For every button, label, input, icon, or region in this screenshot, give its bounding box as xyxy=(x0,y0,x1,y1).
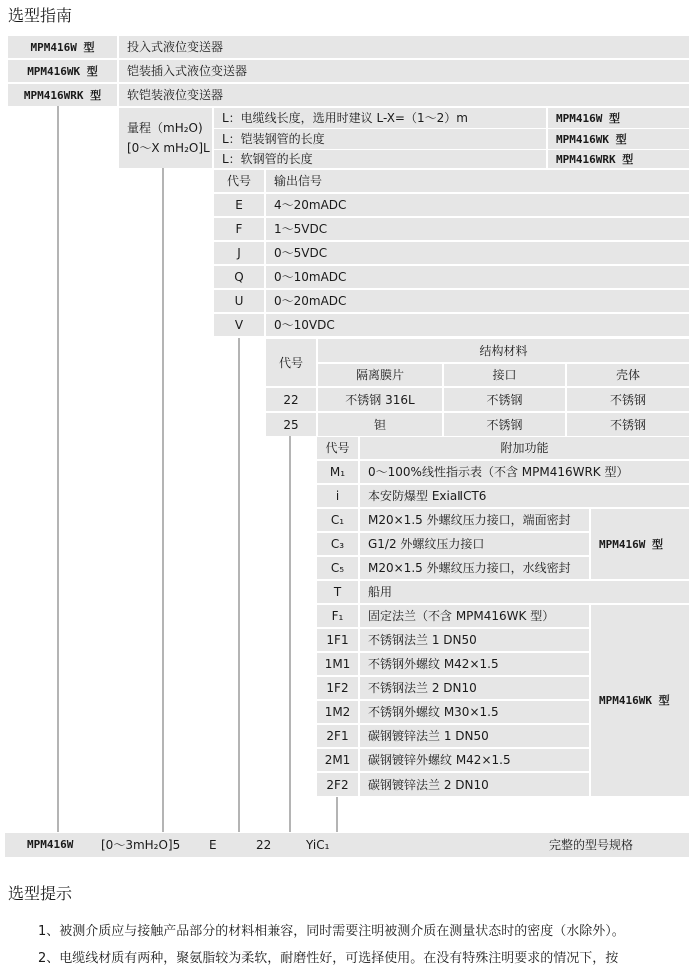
length-desc-cell: L：电缆线长度，选用时建议 L-X=（1～2）m xyxy=(214,108,546,128)
output-value-cell: 0～5VDC xyxy=(266,242,689,264)
addon-desc-cell: M20×1.5 外螺纹压力接口，水线密封 xyxy=(360,557,589,579)
addon-code-cell: C₁ xyxy=(317,509,358,531)
output-value-cell: 0～20mADC xyxy=(266,290,689,312)
addon-desc-cell: 不锈钢外螺纹 M30×1.5 xyxy=(360,701,589,723)
range-label-line1: 量程（mH₂O) xyxy=(127,122,203,134)
material-header-group: 结构材料 xyxy=(318,339,689,362)
addon-code-cell: C₅ xyxy=(317,557,358,579)
model-code-cell: MPM416W 型 xyxy=(8,36,117,58)
addon-code-cell: 2F1 xyxy=(317,725,358,747)
addon-desc-cell: 碳钢镀锌法兰 1 DN50 xyxy=(360,725,589,747)
addon-desc-cell: G1/2 外螺纹压力接口 xyxy=(360,533,589,555)
connector-line-material xyxy=(289,436,291,832)
addon-code-cell: C₃ xyxy=(317,533,358,555)
material-cell: 不锈钢 xyxy=(444,413,565,436)
tip-item: 2、电缆线材质有两种，聚氨脂较为柔软，耐磨性好，可选择使用。在没有特殊注明要求的… xyxy=(38,947,618,966)
addon-code-cell: 1F2 xyxy=(317,677,358,699)
range-label-line2: [0～X mH₂O]L xyxy=(127,142,210,154)
output-code-cell: V xyxy=(214,314,264,336)
addon-code-cell: F₁ xyxy=(317,605,358,627)
output-header-label: 输出信号 xyxy=(266,170,689,192)
output-value-cell: 1～5VDC xyxy=(266,218,689,240)
addon-code-cell: 1M2 xyxy=(317,701,358,723)
addon-desc-cell: 船用 xyxy=(360,581,689,603)
addon-group-wk: MPM416WK 型 xyxy=(591,605,689,796)
connector-line-addon xyxy=(336,797,338,832)
length-desc-cell: L：软钢管的长度 xyxy=(214,150,546,168)
output-value-cell: 0～10mADC xyxy=(266,266,689,288)
addon-desc-cell: 0～100%线性指示表（不含 MPM416WRK 型） xyxy=(360,461,689,483)
range-label-cell: 量程（mH₂O) [0～X mH₂O]L xyxy=(119,108,212,168)
material-cell: 不锈钢 xyxy=(567,413,689,436)
section-title-selection-tips: 选型提示 xyxy=(8,881,72,904)
model-desc-cell: 投入式液位变送器 xyxy=(119,36,689,58)
length-model-cell: MPM416WK 型 xyxy=(548,129,689,149)
example-part-output: E xyxy=(209,839,217,851)
addon-code-cell: 2F2 xyxy=(317,773,358,796)
output-code-cell: F xyxy=(214,218,264,240)
tip-item: 1、被测介质应与接触产品部分的材料相兼容，同时需要注明被测介质在测量状态时的密度… xyxy=(38,920,625,939)
addon-header-label: 附加功能 xyxy=(360,437,689,459)
addon-group-w: MPM416W 型 xyxy=(591,509,689,579)
material-col-port: 接口 xyxy=(444,364,565,386)
addon-desc-cell: 不锈钢外螺纹 M42×1.5 xyxy=(360,653,589,675)
material-cell: 不锈钢 xyxy=(444,388,565,411)
output-value-cell: 0～10VDC xyxy=(266,314,689,336)
output-code-cell: J xyxy=(214,242,264,264)
material-col-housing: 壳体 xyxy=(567,364,689,386)
material-code-cell: 25 xyxy=(266,413,316,436)
addon-desc-cell: 碳钢镀锌外螺纹 M42×1.5 xyxy=(360,749,589,771)
material-cell: 不锈钢 316L xyxy=(318,388,442,411)
section-title-selection-guide: 选型指南 xyxy=(8,3,72,26)
model-desc-cell: 铠装插入式液位变送器 xyxy=(119,60,689,82)
material-cell: 钽 xyxy=(318,413,442,436)
material-cell: 不锈钢 xyxy=(567,388,689,411)
model-desc-cell: 软铠装液位变送器 xyxy=(119,84,689,106)
addon-code-cell: i xyxy=(317,485,358,507)
output-header-code: 代号 xyxy=(214,170,264,192)
example-part-addon: YiC₁ xyxy=(306,839,329,851)
output-code-cell: U xyxy=(214,290,264,312)
example-part-material: 22 xyxy=(256,839,271,851)
connector-line-range xyxy=(162,168,164,832)
connector-line-model xyxy=(57,106,59,832)
example-model-bar: MPM416W [0～3mH₂O]5 E 22 YiC₁ 完整的型号规格 xyxy=(5,833,689,857)
addon-desc-cell: 不锈钢法兰 1 DN50 xyxy=(360,629,589,651)
output-code-cell: Q xyxy=(214,266,264,288)
addon-code-cell: M₁ xyxy=(317,461,358,483)
material-header-code: 代号 xyxy=(266,339,316,386)
addon-code-cell: 2M1 xyxy=(317,749,358,771)
connector-line-output xyxy=(238,338,240,832)
addon-header-code: 代号 xyxy=(317,437,358,459)
length-model-cell: MPM416WRK 型 xyxy=(548,150,689,168)
addon-desc-cell: 本安防爆型 ExiaⅡCT6 xyxy=(360,485,689,507)
addon-code-cell: 1F1 xyxy=(317,629,358,651)
addon-code-cell: T xyxy=(317,581,358,603)
addon-desc-cell: M20×1.5 外螺纹压力接口，端面密封 xyxy=(360,509,589,531)
model-code-cell: MPM416WK 型 xyxy=(8,60,117,82)
length-desc-cell: L：铠装钢管的长度 xyxy=(214,129,546,149)
addon-desc-cell: 碳钢镀锌法兰 2 DN10 xyxy=(360,773,589,796)
material-col-diaphragm: 隔离膜片 xyxy=(318,364,442,386)
addon-desc-cell: 不锈钢法兰 2 DN10 xyxy=(360,677,589,699)
example-part-model: MPM416W xyxy=(27,839,73,850)
addon-code-cell: 1M1 xyxy=(317,653,358,675)
example-label: 完整的型号规格 xyxy=(549,839,633,851)
output-code-cell: E xyxy=(214,194,264,216)
output-value-cell: 4～20mADC xyxy=(266,194,689,216)
model-code-cell: MPM416WRK 型 xyxy=(8,84,117,106)
addon-desc-cell: 固定法兰（不含 MPM416WK 型） xyxy=(360,605,589,627)
length-model-cell: MPM416W 型 xyxy=(548,108,689,128)
example-part-range: [0～3mH₂O]5 xyxy=(101,839,180,851)
material-code-cell: 22 xyxy=(266,388,316,411)
